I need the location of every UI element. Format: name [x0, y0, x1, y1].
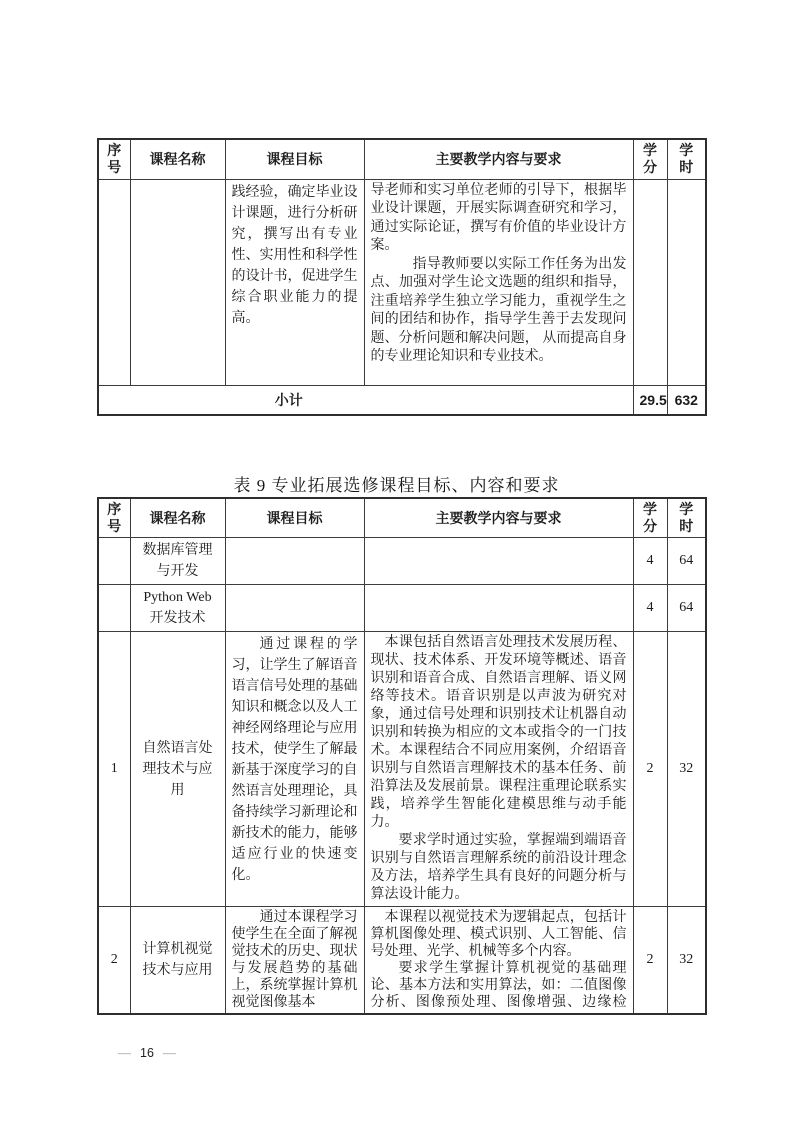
footer-dash-left: —	[118, 1045, 131, 1061]
cell-teaching-content: 本课程以视觉技术为逻辑起点，包括计算机图像处理、模式识别、人工智能、信号处理、光…	[364, 907, 633, 1014]
cell-credits: 4	[633, 585, 667, 632]
content-paragraph: 本课包括自然语言处理技术发展历程、现状、技术体系、开发环境等概述、语音识别和语音…	[371, 634, 627, 832]
header-teaching-content: 主要教学内容与要求	[364, 498, 633, 538]
objective-paragraph: 通过课程的学习，让学生了解语音语言信号处理的基础知识和概念以及人工神经网络理论与…	[232, 634, 358, 886]
cell-teaching-content: 本课包括自然语言处理技术发展历程、现状、技术体系、开发环境等概述、语音识别和语音…	[364, 632, 633, 907]
table-row-nlp: 1 自然语言处理技术与应用 通过课程的学习，让学生了解语音语言信号处理的基础知识…	[98, 632, 706, 907]
subtotal-label: 小计	[98, 385, 633, 415]
content-paragraph: 要求学生掌握计算机视觉的基础理论、基本方法和实用算法，如：二值图像分析、图像预处…	[371, 960, 627, 1009]
cell-course-name	[130, 179, 225, 385]
document-page: 序号 课程名称 课程目标 主要教学内容与要求 学分 学时 践经验，确定毕业设计课…	[0, 0, 793, 1122]
subtotal-row: 小计 29.5 632	[98, 385, 706, 415]
cell-hours: 32	[667, 632, 706, 907]
cell-no	[98, 538, 130, 585]
table-row-computer-vision: 2 计算机视觉技术与应用 通过本课程学习使学生在全面了解视觉技术的历史、现状与发…	[98, 907, 706, 1014]
cell-no: 2	[98, 907, 130, 1014]
cell-teaching-content	[364, 538, 633, 585]
cell-no	[98, 585, 130, 632]
clipped-text-box: 本课程以视觉技术为逻辑起点，包括计算机图像处理、模式识别、人工智能、信号处理、光…	[371, 909, 627, 1009]
objective-paragraph: 践经验，确定毕业设计课题，进行分析研究，撰写出有专业性、实用性和科学性的设计书，…	[232, 182, 358, 329]
header-course-name: 课程名称	[130, 139, 225, 179]
header-credits: 学分	[633, 139, 667, 179]
cell-credits: 2	[633, 632, 667, 907]
content-paragraph: 本课程以视觉技术为逻辑起点，包括计算机图像处理、模式识别、人工智能、信号处理、光…	[371, 909, 627, 960]
cell-course-name: 计算机视觉技术与应用	[130, 907, 225, 1014]
table-row: 践经验，确定毕业设计课题，进行分析研究，撰写出有专业性、实用性和科学性的设计书，…	[98, 179, 706, 385]
content-paragraph: 导老师和实习单位老师的引导下，根据毕业设计课题，开展实际调查研究和学习，通过实际…	[371, 182, 627, 256]
header-course-objective: 课程目标	[225, 498, 364, 538]
table-header-row: 序号 课程名称 课程目标 主要教学内容与要求 学分 学时	[98, 139, 706, 179]
table-row-python-web: Python Web 开发技术 4 64	[98, 585, 706, 632]
table9-title: 表 9 专业拓展选修课程目标、内容和要求	[0, 471, 793, 496]
subtotal-hours: 632	[667, 385, 706, 415]
objective-paragraph: 通过本课程学习使学生在全面了解视觉技术的历史、现状与发展趋势的基础上，系统掌握计…	[232, 909, 358, 1009]
cell-no	[98, 179, 130, 385]
cell-teaching-content	[364, 585, 633, 632]
cell-credits: 4	[633, 538, 667, 585]
header-credits: 学分	[633, 498, 667, 538]
header-hours: 学时	[667, 498, 706, 538]
header-course-name: 课程名称	[130, 498, 225, 538]
header-hours: 学时	[667, 139, 706, 179]
header-no: 序号	[98, 498, 130, 538]
cell-hours: 32	[667, 907, 706, 1014]
footer-dash-right: —	[163, 1045, 176, 1061]
page-footer: — 16 —	[118, 1045, 176, 1061]
content-paragraph: 要求学时通过实验，掌握端到端语音识别与自然语言理解系统的前沿设计理念及方法，培养…	[371, 832, 627, 904]
content-paragraph: 指导教师要以实际工作任务为出发点、加强对学生论文选题的组织和指导，注重培养学生独…	[371, 256, 627, 367]
cell-course-objective	[225, 538, 364, 585]
cell-course-name: 数据库管理与开发	[130, 538, 225, 585]
cell-course-objective: 通过课程的学习，让学生了解语音语言信号处理的基础知识和概念以及人工神经网络理论与…	[225, 632, 364, 907]
cell-credits: 2	[633, 907, 667, 1014]
cell-hours	[667, 179, 706, 385]
table9-elective-courses: 序号 课程名称 课程目标 主要教学内容与要求 学分 学时 数据库管理与开发 4 …	[97, 497, 707, 1015]
clipped-text-box: 通过本课程学习使学生在全面了解视觉技术的历史、现状与发展趋势的基础上，系统掌握计…	[232, 909, 358, 1009]
cell-course-name: 自然语言处理技术与应用	[130, 632, 225, 907]
course-table-continued: 序号 课程名称 课程目标 主要教学内容与要求 学分 学时 践经验，确定毕业设计课…	[97, 138, 707, 416]
cell-hours: 64	[667, 538, 706, 585]
header-course-objective: 课程目标	[225, 139, 364, 179]
cell-course-objective: 践经验，确定毕业设计课题，进行分析研究，撰写出有专业性、实用性和科学性的设计书，…	[225, 179, 364, 385]
header-teaching-content: 主要教学内容与要求	[364, 139, 633, 179]
table-header-row: 序号 课程名称 课程目标 主要教学内容与要求 学分 学时	[98, 498, 706, 538]
subtotal-credits: 29.5	[633, 385, 667, 415]
cell-credits	[633, 179, 667, 385]
cell-course-objective: 通过本课程学习使学生在全面了解视觉技术的历史、现状与发展趋势的基础上，系统掌握计…	[225, 907, 364, 1014]
cell-course-name: Python Web 开发技术	[130, 585, 225, 632]
table-row-database: 数据库管理与开发 4 64	[98, 538, 706, 585]
cell-course-objective	[225, 585, 364, 632]
page-number: 16	[140, 1046, 154, 1060]
cell-hours: 64	[667, 585, 706, 632]
header-no: 序号	[98, 139, 130, 179]
cell-no: 1	[98, 632, 130, 907]
cell-teaching-content: 导老师和实习单位老师的引导下，根据毕业设计课题，开展实际调查研究和学习，通过实际…	[364, 179, 633, 385]
